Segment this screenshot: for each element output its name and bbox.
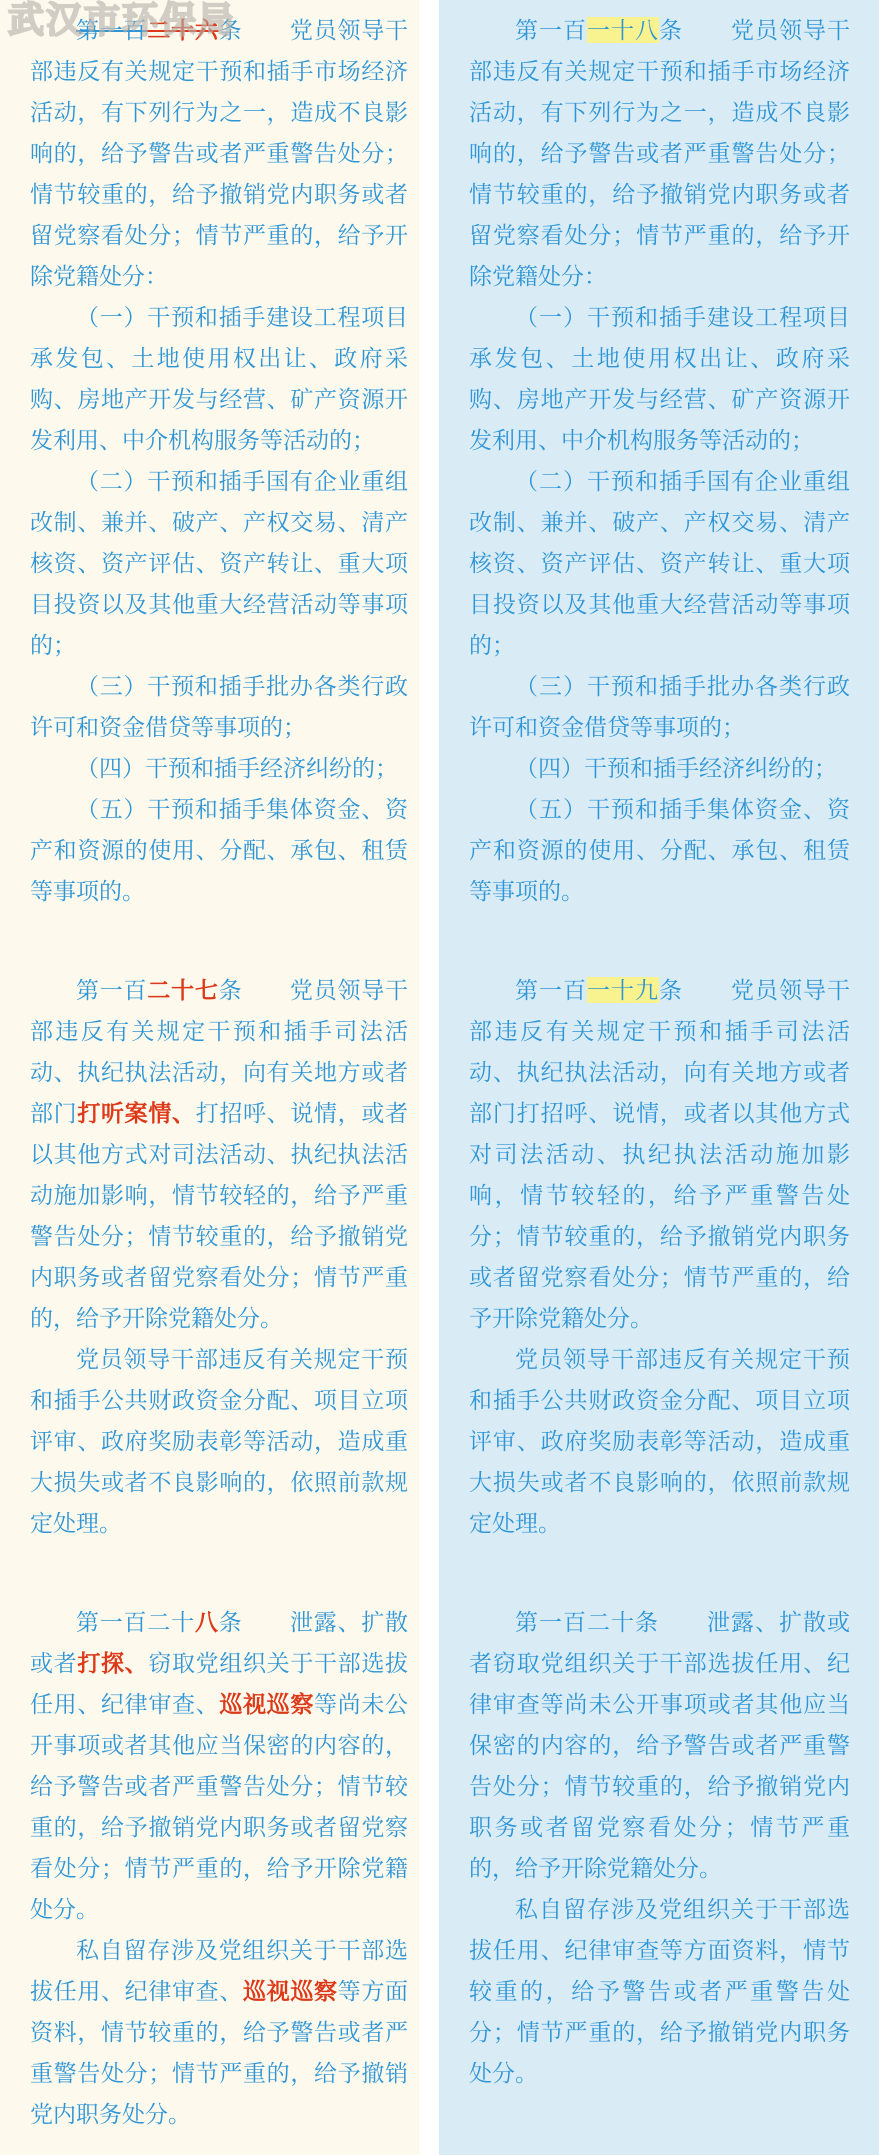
paragraph: （二）干预和插手国有企业重组改制、兼并、破产、产权交易、清产核资、资产评估、资产… [469, 461, 850, 666]
body-text: 第一百 [515, 977, 587, 1003]
body-text: （四）干预和插手经济纠纷的； [515, 755, 837, 781]
body-text: 第一百 [76, 977, 147, 1003]
body-text: （一）干预和插手建设工程项目承发包、土地使用权出让、政府采购、房地产开发与经营、… [469, 304, 850, 453]
paragraph: 党员领导干部违反有关规定干预和插手公共财政资金分配、项目立项评审、政府奖励表彰等… [30, 1339, 408, 1544]
revised-text: 二十七 [147, 977, 218, 1003]
revised-text: 打听案情、 [77, 1100, 195, 1126]
paragraph: 第一百一十九条 党员领导干部违反有关规定干预和插手司法活动、执纪执法活动，向有关… [469, 970, 850, 1339]
paragraph: 第一百一十八条 党员领导干部违反有关规定干预和插手市场经济活动，有下列行为之一，… [469, 10, 850, 297]
new-regulation-column: 第一百二十六条 党员领导干部违反有关规定干预和插手市场经济活动，有下列行为之一，… [0, 0, 419, 2155]
body-text: （二）干预和插手国有企业重组改制、兼并、破产、产权交易、清产核资、资产评估、资产… [30, 468, 408, 658]
paragraph: 私自留存涉及党组织关于干部选拔任用、纪律审查等方面资料，情节较重的，给予警告或者… [469, 1889, 850, 2094]
body-text: （一）干预和插手建设工程项目承发包、土地使用权出让、政府采购、房地产开发与经营、… [30, 304, 408, 453]
paragraph: （五）干预和插手集体资金、资产和资源的使用、分配、承包、租赁等事项的。 [469, 789, 850, 912]
body-text: 打招呼、说情，或者以其他方式对司法活动、执纪执法活动施加影响，情节较轻的，给予严… [30, 1100, 408, 1331]
paragraph: 第一百二十六条 党员领导干部违反有关规定干预和插手市场经济活动，有下列行为之一，… [30, 10, 408, 297]
struck-article-number: 二十六 [147, 17, 218, 43]
body-text: 条 党员领导干部违反有关规定干预和插手市场经济活动，有下列行为之一，造成不良影响… [469, 17, 850, 289]
body-text: 第一百二十条 泄露、扩散或者窃取党组织关于干部选拔任用、纪律审查等尚未公开事项或… [469, 1609, 850, 1881]
paragraph: 第一百二十条 泄露、扩散或者窃取党组织关于干部选拔任用、纪律审查等尚未公开事项或… [469, 1602, 850, 1889]
body-text: 第一百 [515, 17, 587, 43]
body-text: 条 党员领导干部违反有关规定干预和插手市场经济活动，有下列行为之一，造成不良影响… [30, 17, 408, 289]
paragraph: （四）干预和插手经济纠纷的； [30, 748, 408, 789]
body-text: 条 党员领导干部违反有关规定干预和插手司法活动、执纪执法活动，向有关地方或者部门… [469, 977, 850, 1331]
highlighted-article-number: 一十八 [587, 17, 659, 43]
body-text: （五）干预和插手集体资金、资产和资源的使用、分配、承包、租赁等事项的。 [30, 796, 408, 904]
body-text: （五）干预和插手集体资金、资产和资源的使用、分配、承包、租赁等事项的。 [469, 796, 850, 904]
struck-article-prefix: 第一百 [76, 17, 147, 43]
paragraph: （四）干预和插手经济纠纷的； [469, 748, 850, 789]
revised-text: 巡视巡察 [243, 1978, 338, 2004]
paragraph: （五）干预和插手集体资金、资产和资源的使用、分配、承包、租赁等事项的。 [30, 789, 408, 912]
paragraph: （三）干预和插手批办各类行政许可和资金借贷等事项的； [30, 666, 408, 748]
paragraph: （二）干预和插手国有企业重组改制、兼并、破产、产权交易、清产核资、资产评估、资产… [30, 461, 408, 666]
paragraph: （三）干预和插手批办各类行政许可和资金借贷等事项的； [469, 666, 850, 748]
paragraph: 党员领导干部违反有关规定干预和插手公共财政资金分配、项目立项评审、政府奖励表彰等… [469, 1339, 850, 1544]
body-text: （二）干预和插手国有企业重组改制、兼并、破产、产权交易、清产核资、资产评估、资产… [469, 468, 850, 658]
comparison-page: 第一百二十六条 党员领导干部违反有关规定干预和插手市场经济活动，有下列行为之一，… [0, 0, 879, 2155]
body-text: 等尚未公开事项或者其他应当保密的内容的，给予警告或者严重警告处分；情节较重的，给… [30, 1691, 408, 1922]
paragraph: 第一百二十七条 党员领导干部违反有关规定干预和插手司法活动、执纪执法活动，向有关… [30, 970, 408, 1339]
paragraph: （一）干预和插手建设工程项目承发包、土地使用权出让、政府采购、房地产开发与经营、… [30, 297, 408, 461]
paragraph: 私自留存涉及党组织关于干部选拔任用、纪律审查、巡视巡察等方面资料，情节较重的，给… [30, 1930, 408, 2135]
revised-text: 八 [195, 1609, 219, 1635]
body-text: （三）干预和插手批办各类行政许可和资金借贷等事项的； [30, 673, 408, 740]
body-text: （四）干预和插手经济纠纷的； [76, 755, 398, 781]
body-text: 私自留存涉及党组织关于干部选拔任用、纪律审查等方面资料，情节较重的，给予警告或者… [469, 1896, 850, 2086]
paragraph: 第一百二十八条 泄露、扩散或者打探、窃取党组织关于干部选拔任用、纪律审查、巡视巡… [30, 1602, 408, 1930]
paragraph: （一）干预和插手建设工程项目承发包、土地使用权出让、政府采购、房地产开发与经营、… [469, 297, 850, 461]
revised-text: 打探、 [77, 1650, 148, 1676]
column-divider [419, 0, 439, 2155]
revised-text: 巡视巡察 [219, 1691, 314, 1717]
body-text: 党员领导干部违反有关规定干预和插手公共财政资金分配、项目立项评审、政府奖励表彰等… [469, 1346, 850, 1536]
highlighted-article-number: 一十九 [587, 977, 659, 1003]
body-text: 党员领导干部违反有关规定干预和插手公共财政资金分配、项目立项评审、政府奖励表彰等… [30, 1346, 408, 1536]
body-text: 第一百二十 [76, 1609, 195, 1635]
old-regulation-column: 第一百一十八条 党员领导干部违反有关规定干预和插手市场经济活动，有下列行为之一，… [439, 0, 879, 2155]
body-text: （三）干预和插手批办各类行政许可和资金借贷等事项的； [469, 673, 850, 740]
